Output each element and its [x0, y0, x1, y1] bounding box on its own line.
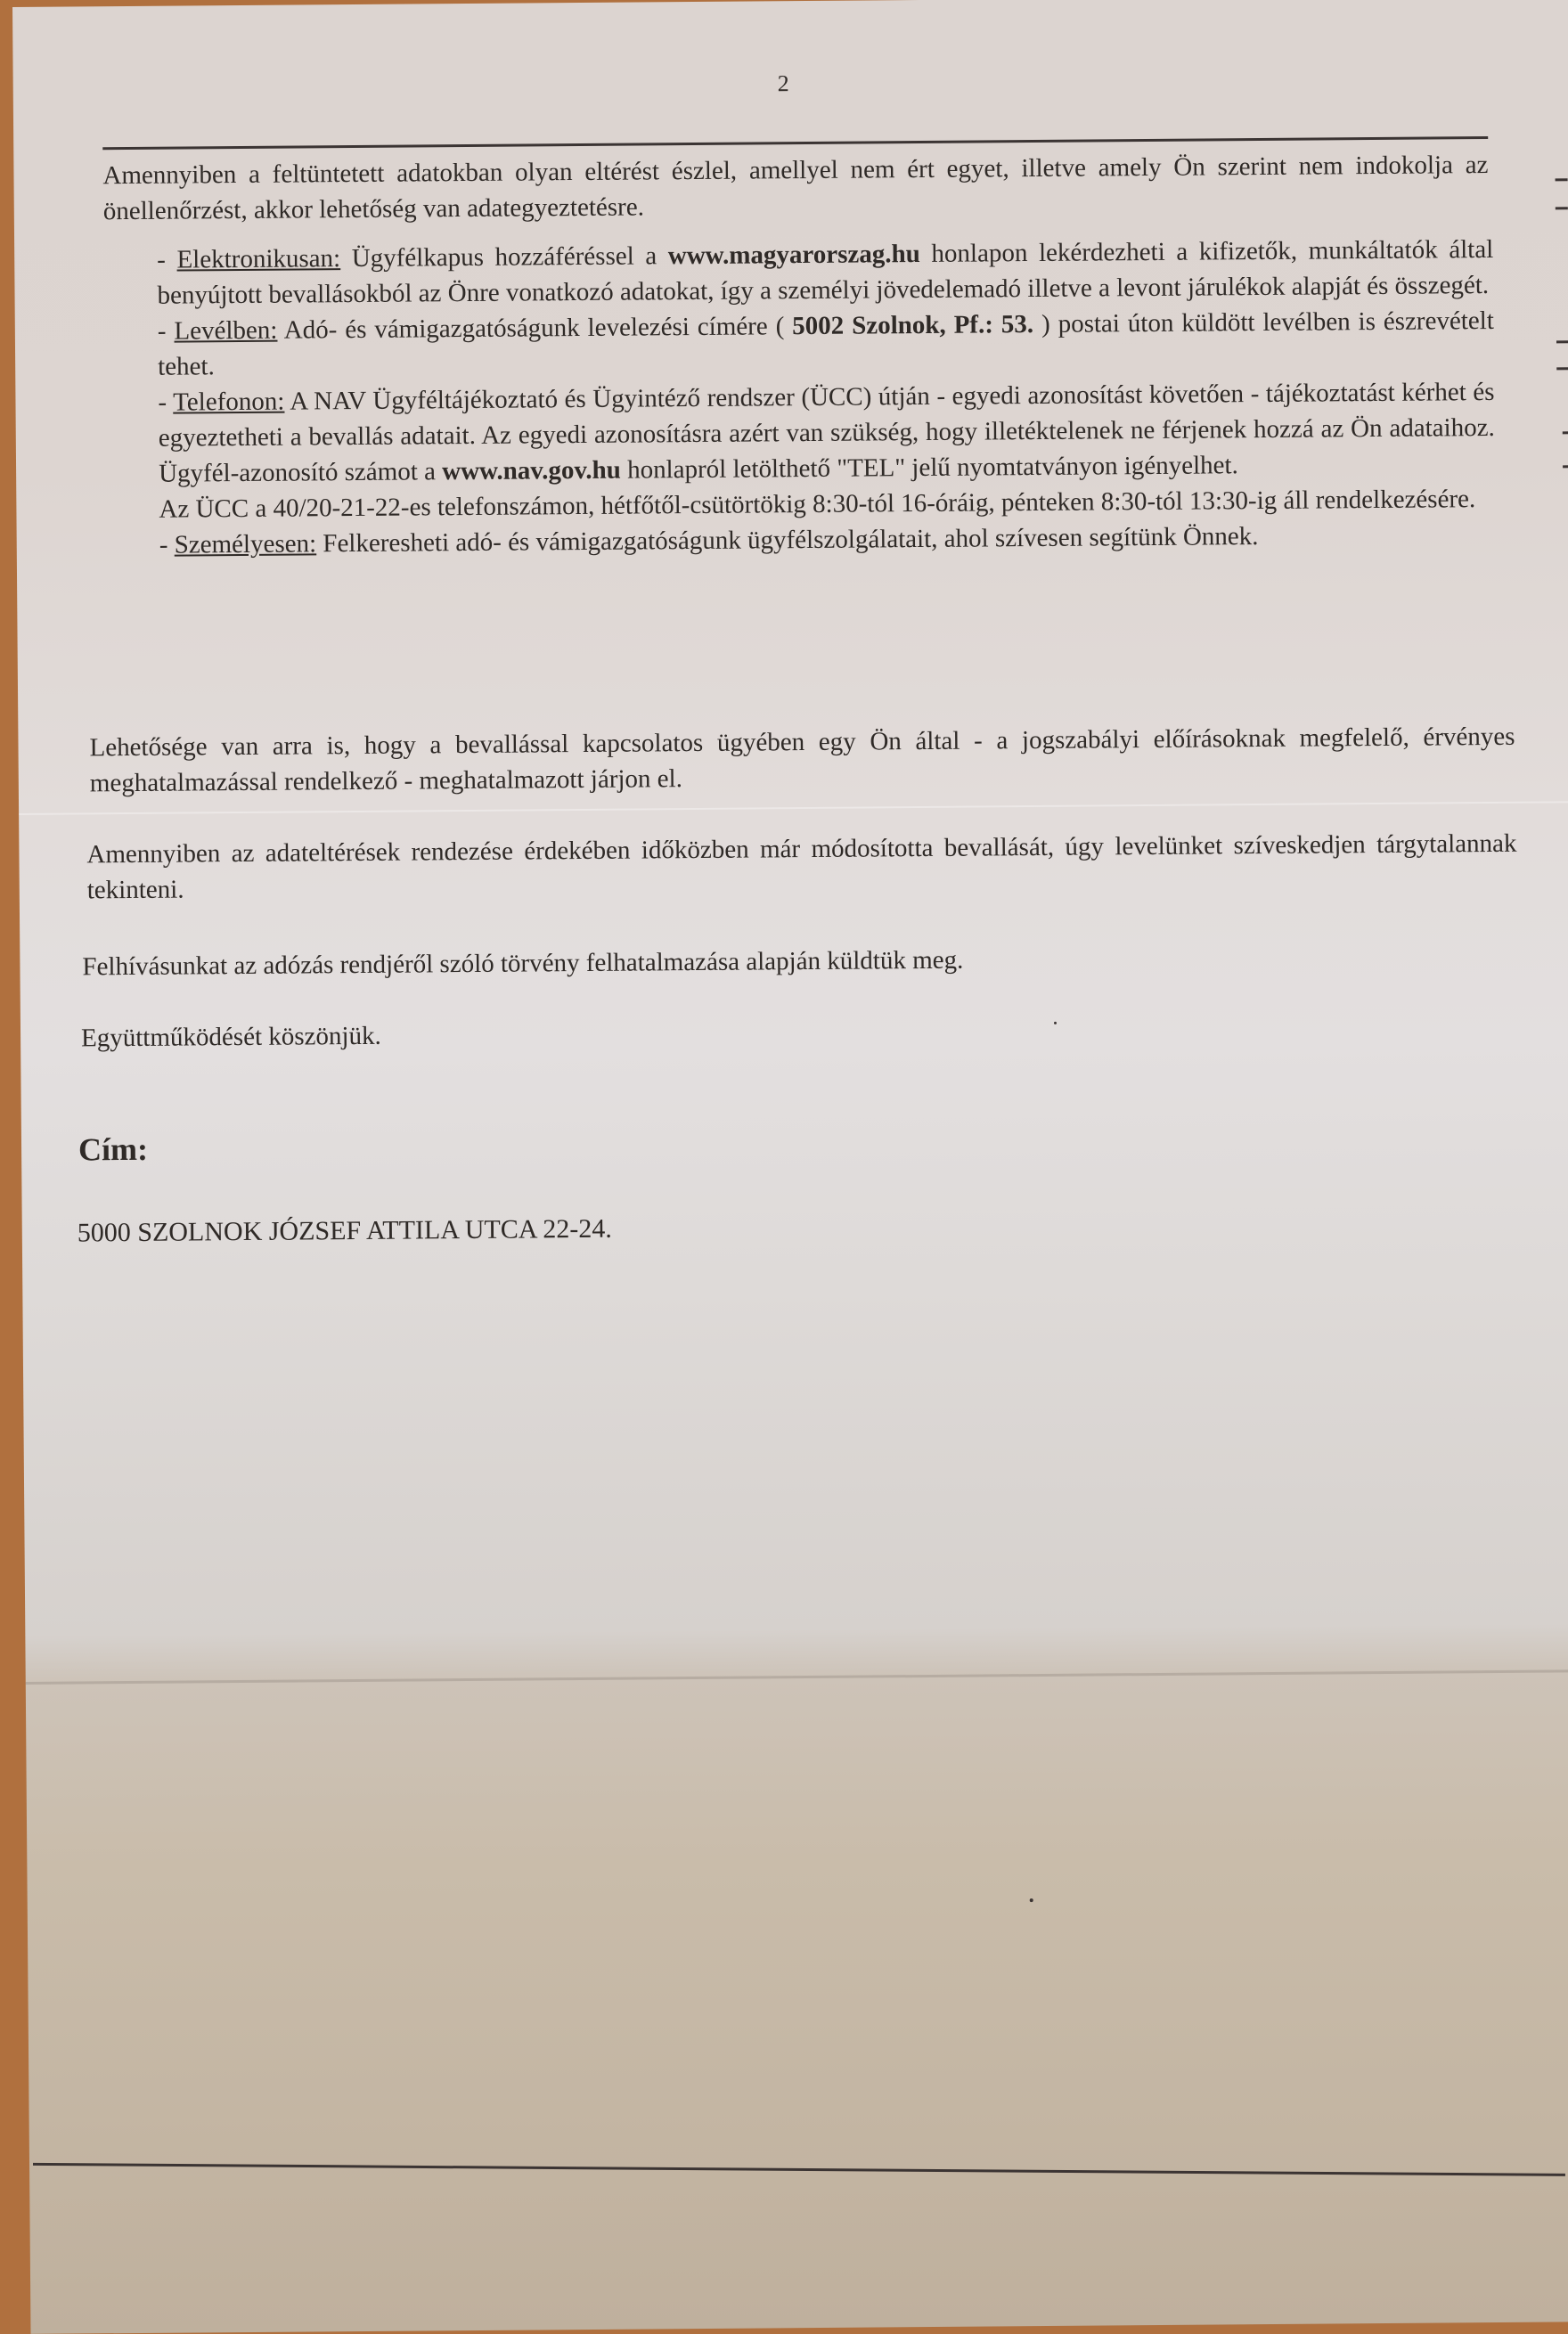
margin-mark: [1556, 207, 1568, 209]
margin-mark: [1556, 367, 1568, 370]
intro-paragraph: Amennyiben a feltüntetett adatokban olya…: [102, 147, 1489, 229]
paper-fold: [26, 1669, 1568, 1685]
margin-mark: [1556, 178, 1568, 181]
paper-speck: [1030, 1898, 1033, 1902]
option-label: Telefonon:: [173, 388, 284, 417]
closing-text: Együttműködését köszönjük.: [81, 1014, 972, 1057]
contact-options: - Elektronikusan: Ügyfélkapus hozzáférés…: [157, 232, 1496, 563]
option-label: Személyesen:: [175, 529, 317, 559]
paper-fold: [19, 801, 1568, 815]
website-link[interactable]: www.nav.gov.hu: [442, 456, 621, 486]
option-label: Elektronikusan:: [176, 244, 340, 273]
website-link[interactable]: www.magyarorszag.hu: [668, 240, 920, 270]
modified-paragraph: Amennyiben az adateltérések rendezése ér…: [86, 826, 1517, 909]
option-phone: - Telefonon: A NAV Ügyféltájékoztató és …: [158, 374, 1495, 492]
footer-rule: [33, 2163, 1565, 2176]
letter-page: 2 Amennyiben a feltüntetett adatokban ol…: [12, 0, 1568, 2334]
margin-mark: [1563, 465, 1568, 468]
option-letter: - Levélben: Adó- és vámigazgatóságunk le…: [158, 303, 1495, 385]
paper-speck: [1054, 1022, 1057, 1024]
margin-mark: [1563, 431, 1568, 434]
address-heading: Cím:: [78, 1130, 148, 1169]
option-label: Levélben:: [174, 316, 277, 346]
option-electronic: - Elektronikusan: Ügyfélkapus hozzáférés…: [157, 232, 1494, 314]
page-number: 2: [778, 70, 789, 97]
address-text: 5000 SZOLNOK JÓZSEF ATTILA UTCA 22-24.: [78, 1214, 612, 1249]
legal-paragraph: Felhívásunkat az adózás rendjéről szóló …: [82, 939, 1418, 985]
margin-mark: [1556, 340, 1568, 343]
postal-address: 5002 Szolnok, Pf.: 53.: [792, 310, 1033, 340]
proxy-paragraph: Lehetősége van arra is, hogy a bevalláss…: [89, 719, 1515, 802]
